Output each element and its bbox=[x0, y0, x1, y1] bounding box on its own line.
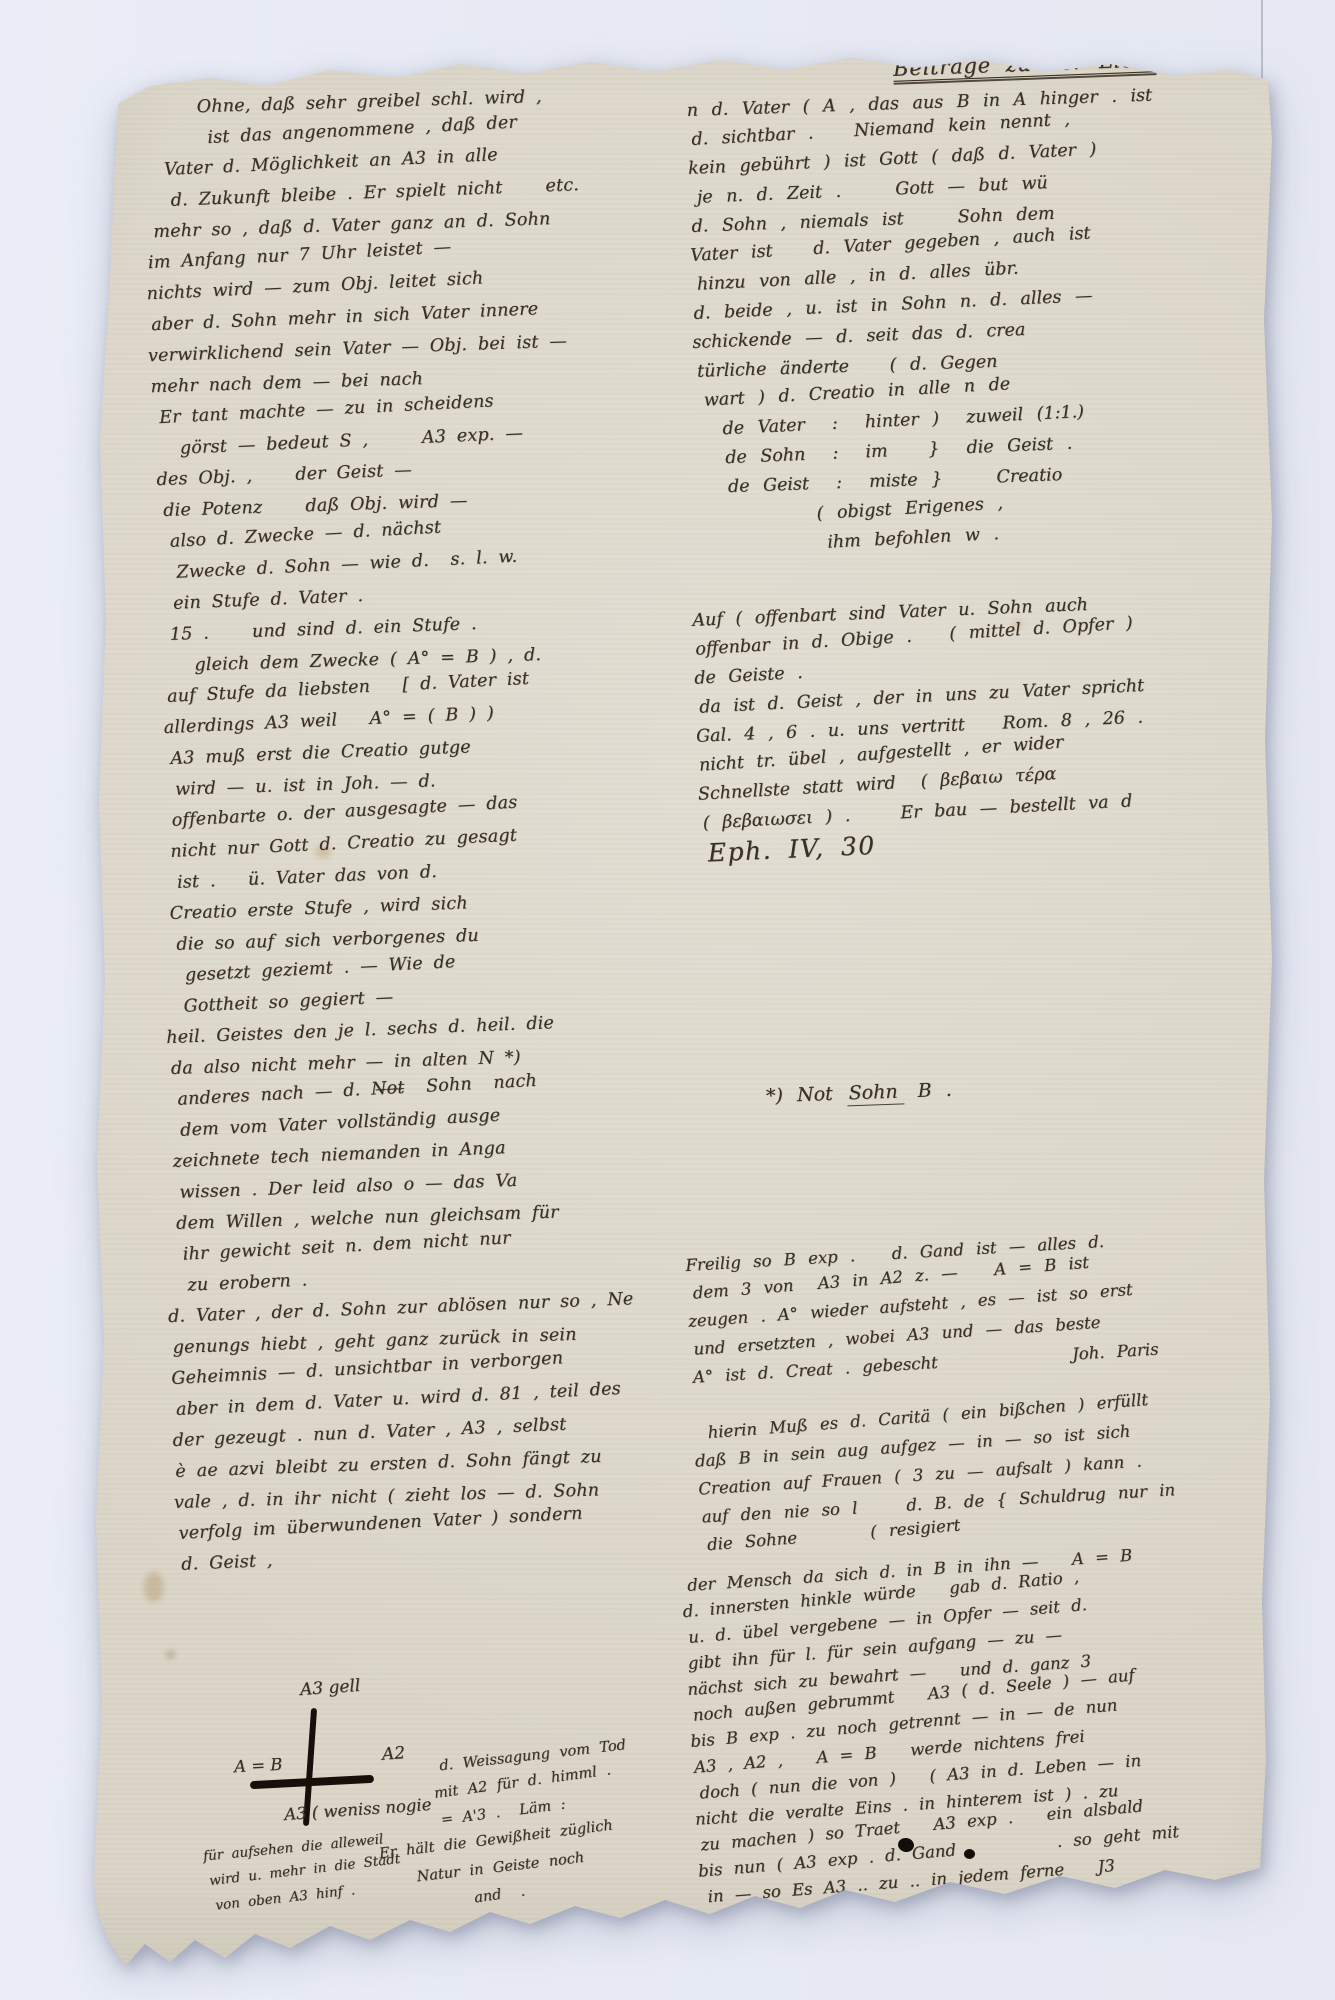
cross-diagram-right-label: A2 bbox=[381, 1743, 405, 1765]
diagram-notes-right: d. Weissagung vom Todmit A2 für d. himml… bbox=[424, 1734, 641, 1916]
diagram-notes-below: für aufsehen die alleweilwird u. mehr in… bbox=[202, 1828, 404, 1920]
footnote-asterisk-note: *) Not Sohn B . bbox=[766, 1079, 952, 1107]
right-column-block-1: n d. Vater ( A , das aus B in A hinger .… bbox=[686, 83, 1269, 561]
left-column: Ohne, daß sehr greibel schl. wird ,ist d… bbox=[134, 83, 680, 1581]
paper-shadow-wrap: Ohne, daß sehr greibel schl. wird ,ist d… bbox=[0, 0, 1335, 2000]
ink-blot bbox=[964, 1849, 975, 1859]
cross-diagram-top-label: A3 gell bbox=[299, 1676, 361, 1700]
footnote-prefix: *) Not bbox=[766, 1082, 847, 1107]
cross-diagram-left-label: A = B bbox=[234, 1755, 283, 1777]
footnote-suffix: B . bbox=[903, 1079, 952, 1103]
right-column-heading: Beiträge zu der Lieb. bbox=[893, 47, 1157, 81]
right-column-block-3: der Mensch da sich d. in B in ihn — A = … bbox=[680, 1539, 1274, 1911]
manuscript-page: Ohne, daß sehr greibel schl. wird ,ist d… bbox=[0, 0, 1335, 2000]
foxing-stain bbox=[144, 1572, 164, 1602]
right-column-block-2: Freilig so B exp . d. Gand ist — alles d… bbox=[685, 1224, 1267, 1559]
footnote-underlined-word: Sohn bbox=[846, 1080, 904, 1106]
heading-text: Beiträge zu der Lieb. bbox=[893, 47, 1157, 85]
manuscript-scan: Ohne, daß sehr greibel schl. wird ,ist d… bbox=[0, 0, 1335, 2000]
foxing-stain bbox=[166, 1650, 175, 1659]
right-column-scripture-refs: Auf ( offenbart sind Vater u. Sohn aucho… bbox=[692, 589, 1262, 868]
